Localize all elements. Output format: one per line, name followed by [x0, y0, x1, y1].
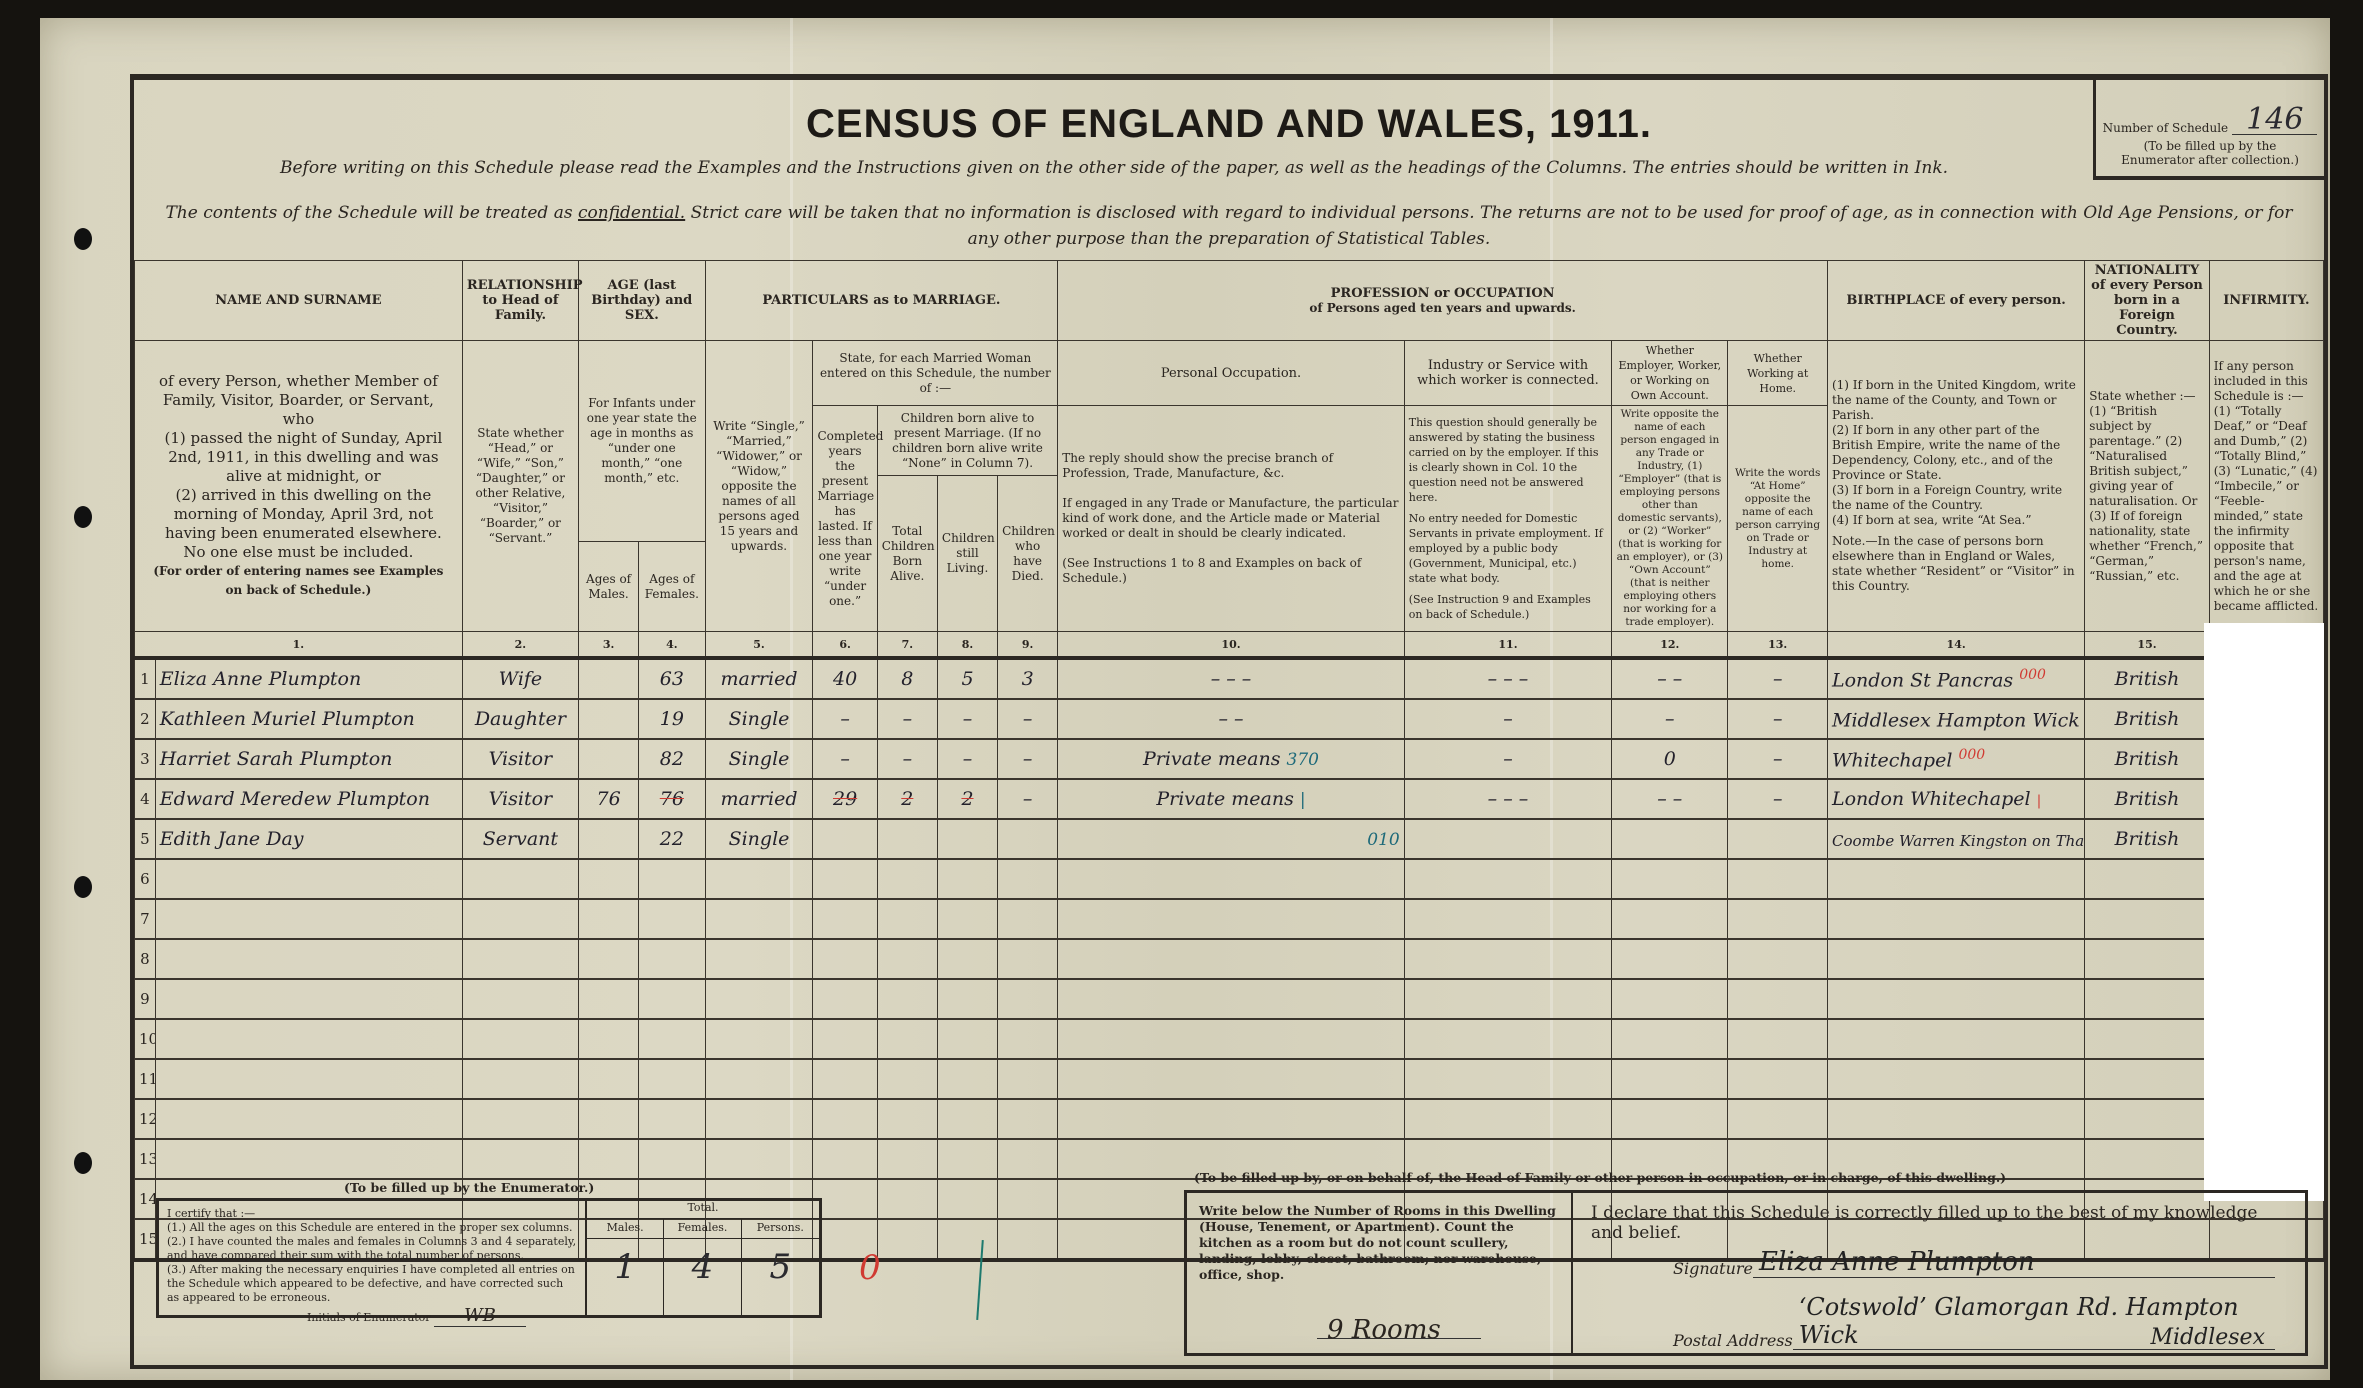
- enumerator-certification: I certify that :— (1.) All the ages on t…: [159, 1201, 585, 1315]
- infirmity-instructions: If any person included in this Schedule …: [2209, 341, 2323, 632]
- punch-hole: [74, 1152, 92, 1174]
- schedule-number-value[interactable]: 146: [2232, 106, 2317, 135]
- initials-label: Initials of Enumerator: [307, 1311, 431, 1324]
- rooms-count[interactable]: 9 Rooms: [1317, 1322, 1481, 1339]
- person-name[interactable]: [155, 1139, 462, 1179]
- years-married-cell[interactable]: –: [813, 699, 877, 739]
- industry-instructions: This question should generally be answer…: [1404, 406, 1611, 632]
- table-row: 9: [135, 979, 2324, 1019]
- employer-cell[interactable]: – –: [1612, 658, 1728, 699]
- total-females[interactable]: 4: [664, 1239, 741, 1315]
- died-cell[interactable]: –: [998, 739, 1058, 779]
- relationship-cell[interactable]: Visitor: [462, 779, 578, 819]
- relationship-cell[interactable]: Wife: [462, 658, 578, 699]
- nationality-cell[interactable]: British: [2085, 819, 2209, 859]
- marital-cell[interactable]: Single: [705, 739, 813, 779]
- living-cell[interactable]: 2: [937, 779, 997, 819]
- household-caption: (To be filled up by, or on behalf of, th…: [1194, 1170, 2006, 1185]
- personal-occupation-instructions: The reply should show the precise branch…: [1058, 406, 1404, 632]
- died-cell[interactable]: –: [998, 699, 1058, 739]
- name-instructions: of every Person, whether Member of Famil…: [135, 341, 463, 632]
- home-cell[interactable]: [1728, 819, 1828, 859]
- industry-cell[interactable]: –: [1404, 699, 1611, 739]
- table-row: 6: [135, 859, 2324, 899]
- header-age: AGE (last Birthday) and SEX.: [579, 261, 706, 341]
- form-subtitle: Before writing on this Schedule please r…: [134, 158, 2094, 178]
- occupation-cell[interactable]: Private means 370: [1058, 739, 1404, 779]
- table-row: 7: [135, 899, 2324, 939]
- home-cell[interactable]: –: [1728, 739, 1828, 779]
- birth-code: 000: [2019, 667, 2046, 683]
- total-born-cell[interactable]: 2: [877, 779, 937, 819]
- rooms-section: Write below the Number of Rooms in this …: [1187, 1193, 1573, 1353]
- enumerator-initials[interactable]: WB: [434, 1305, 526, 1327]
- person-name[interactable]: Edith Jane Day: [155, 819, 462, 859]
- years-married-cell[interactable]: [813, 819, 877, 859]
- ages-females-header: Ages of Females.: [639, 542, 705, 632]
- punch-hole: [74, 506, 92, 528]
- form-title: CENSUS OF ENGLAND AND WALES, 1911.: [134, 102, 2324, 147]
- employer-cell[interactable]: –: [1612, 699, 1728, 739]
- birthplace-cell[interactable]: London Whitechapel |: [1827, 779, 2084, 819]
- occupation-cell[interactable]: 010: [1058, 819, 1404, 859]
- person-name[interactable]: Eliza Anne Plumpton: [155, 658, 462, 699]
- birthplace-cell[interactable]: London St Pancras 000: [1827, 658, 2084, 699]
- nationality-cell[interactable]: British: [2085, 699, 2209, 739]
- person-name[interactable]: [155, 979, 462, 1019]
- employer-cell[interactable]: – –: [1612, 779, 1728, 819]
- marital-cell[interactable]: Single: [705, 699, 813, 739]
- total-born-header: Total Children Born Alive.: [877, 476, 937, 632]
- total-born-cell[interactable]: –: [877, 699, 937, 739]
- signature-label: Signature: [1673, 1259, 1753, 1278]
- total-born-cell[interactable]: [877, 819, 937, 859]
- total-born-cell[interactable]: –: [877, 739, 937, 779]
- years-married-cell[interactable]: 40: [813, 658, 877, 699]
- schedule-number-note: (To be filled up by the Enumerator after…: [2096, 139, 2324, 167]
- age-female-cell[interactable]: 22: [639, 819, 705, 859]
- header-nationality: NATIONALITY of every Person born in a Fo…: [2085, 261, 2209, 341]
- age-female-cell[interactable]: 63: [639, 658, 705, 699]
- age-female-cell[interactable]: 19: [639, 699, 705, 739]
- years-married-cell[interactable]: 29: [813, 779, 877, 819]
- confidentiality-notice: The contents of the Schedule will be tre…: [154, 200, 2304, 252]
- person-name[interactable]: Harriet Sarah Plumpton: [155, 739, 462, 779]
- schedule-number-label: Number of Schedule: [2103, 121, 2229, 135]
- census-schedule-page: CENSUS OF ENGLAND AND WALES, 1911. Befor…: [40, 18, 2330, 1380]
- occupation-cell[interactable]: – –: [1058, 699, 1404, 739]
- table-row: 2 Kathleen Muriel Plumpton Daughter 19 S…: [135, 699, 2324, 739]
- home-header: Whether Working at Home.: [1728, 341, 1828, 406]
- table-row: 1 Eliza Anne Plumpton Wife 63 married 40…: [135, 658, 2324, 699]
- table-row: 10: [135, 1019, 2324, 1059]
- column-number-row: 1. 2. 3. 4. 5. 6. 7. 8. 9. 10. 11. 12. 1…: [135, 632, 2324, 659]
- person-name[interactable]: [155, 859, 462, 899]
- marital-cell[interactable]: married: [705, 658, 813, 699]
- married-woman-instructions: State, for each Married Woman entered on…: [813, 341, 1058, 406]
- person-name[interactable]: [155, 939, 462, 979]
- header-name: NAME AND SURNAME: [135, 261, 463, 341]
- person-name[interactable]: [155, 1099, 462, 1139]
- census-table: NAME AND SURNAME RELATIONSHIP to Head of…: [134, 260, 2324, 1262]
- employer-header: Whether Employer, Worker, or Working on …: [1612, 341, 1728, 406]
- birthplace-cell[interactable]: Whitechapel 000: [1827, 739, 2084, 779]
- birth-code: 000: [1958, 747, 1985, 763]
- relationship-cell[interactable]: Visitor: [462, 739, 578, 779]
- children-born-header: Children born alive to present Marriage.…: [877, 406, 1058, 476]
- living-cell[interactable]: 5: [937, 658, 997, 699]
- occupation-cell[interactable]: Private means |: [1058, 779, 1404, 819]
- age-male-cell[interactable]: [579, 658, 639, 699]
- still-living-header: Children still Living.: [937, 476, 997, 632]
- address-line-2[interactable]: Middlesex: [2150, 1325, 2265, 1350]
- header-relationship: RELATIONSHIP to Head of Family.: [462, 261, 578, 341]
- schedule-frame: CENSUS OF ENGLAND AND WALES, 1911. Befor…: [130, 74, 2328, 1369]
- marital-cell[interactable]: married: [705, 779, 813, 819]
- living-cell[interactable]: [937, 819, 997, 859]
- redaction-block: [2204, 623, 2324, 1201]
- completed-years-header: Completed years the present Marriage has…: [813, 406, 877, 632]
- age-male-cell[interactable]: [579, 819, 639, 859]
- living-cell[interactable]: –: [937, 739, 997, 779]
- nationality-cell[interactable]: British: [2085, 739, 2209, 779]
- relationship-cell[interactable]: Daughter: [462, 699, 578, 739]
- header-birthplace: BIRTHPLACE of every person.: [1827, 261, 2084, 341]
- household-box: Write below the Number of Rooms in this …: [1184, 1190, 2308, 1356]
- punch-hole: [74, 228, 92, 250]
- person-name[interactable]: Kathleen Muriel Plumpton: [155, 699, 462, 739]
- total-males[interactable]: 1: [587, 1239, 664, 1315]
- home-cell[interactable]: –: [1728, 779, 1828, 819]
- died-cell[interactable]: –: [998, 779, 1058, 819]
- declaration-text: I declare that this Schedule is correctl…: [1591, 1203, 2287, 1243]
- employer-cell[interactable]: [1612, 819, 1728, 859]
- employer-instructions: Write opposite the name of each person e…: [1612, 406, 1728, 632]
- signature-field[interactable]: Eliza Anne Plumpton: [1753, 1247, 2275, 1278]
- died-cell[interactable]: 3: [998, 658, 1058, 699]
- person-name[interactable]: [155, 1059, 462, 1099]
- relationship-instructions: State whether “Head,” or “Wife,” “Son,” …: [462, 341, 578, 632]
- age-instructions: For Infants under one year state the age…: [579, 341, 706, 542]
- age-female-cell[interactable]: 76: [639, 779, 705, 819]
- age-female-cell[interactable]: 82: [639, 739, 705, 779]
- red-check-mark: 0: [859, 1248, 881, 1288]
- table-row: 8: [135, 939, 2324, 979]
- home-instructions: Write the words “At Home” opposite the n…: [1728, 406, 1828, 632]
- nationality-instructions: State whether :— (1) “British subject by…: [2085, 341, 2209, 632]
- industry-cell[interactable]: –: [1404, 739, 1611, 779]
- years-married-cell[interactable]: –: [813, 739, 877, 779]
- nationality-cell[interactable]: British: [2085, 779, 2209, 819]
- age-male-cell[interactable]: [579, 699, 639, 739]
- marital-cell[interactable]: Single: [705, 819, 813, 859]
- table-row: 5 Edith Jane Day Servant 22 Single 010 C…: [135, 819, 2324, 859]
- age-male-cell[interactable]: [579, 739, 639, 779]
- enumerator-caption: (To be filled up by the Enumerator.): [344, 1180, 594, 1195]
- birth-code: |: [2037, 793, 2042, 809]
- industry-cell[interactable]: – – –: [1404, 779, 1611, 819]
- total-persons[interactable]: 5: [742, 1239, 819, 1315]
- personal-occupation-header: Personal Occupation.: [1058, 341, 1404, 406]
- table-row: 12: [135, 1099, 2324, 1139]
- person-name[interactable]: [155, 1019, 462, 1059]
- have-died-header: Children who have Died.: [998, 476, 1058, 632]
- declaration-section: I declare that this Schedule is correctl…: [1573, 1193, 2305, 1353]
- industry-header: Industry or Service with which worker is…: [1404, 341, 1611, 406]
- nationality-cell[interactable]: British: [2085, 658, 2209, 699]
- home-cell[interactable]: –: [1728, 658, 1828, 699]
- ages-males-header: Ages of Males.: [579, 542, 639, 632]
- person-name[interactable]: Edward Meredew Plumpton: [155, 779, 462, 819]
- total-born-cell[interactable]: 8: [877, 658, 937, 699]
- birthplace-cell[interactable]: Coombe Warren Kingston on Thames 190: [1827, 819, 2084, 859]
- header-occupation: PROFESSION or OCCUPATIONof Persons aged …: [1058, 261, 1828, 341]
- table-row: 3 Harriet Sarah Plumpton Visitor 82 Sing…: [135, 739, 2324, 779]
- address-label: Postal Address: [1673, 1331, 1793, 1350]
- birthplace-cell[interactable]: Middlesex Hampton Wick: [1827, 699, 2084, 739]
- enumerator-box: I certify that :— (1.) All the ages on t…: [156, 1198, 822, 1318]
- industry-cell[interactable]: – – –: [1404, 658, 1611, 699]
- table-row: 4 Edward Meredew Plumpton Visitor 76 76 …: [135, 779, 2324, 819]
- industry-cell[interactable]: [1404, 819, 1611, 859]
- header-infirmity: INFIRMITY.: [2209, 261, 2323, 341]
- enumerator-totals: Total. Males. Females. Persons. 1 4 5: [585, 1201, 819, 1315]
- employer-cell[interactable]: 0: [1612, 739, 1728, 779]
- birthplace-instructions: (1) If born in the United Kingdom, write…: [1827, 341, 2084, 632]
- relationship-cell[interactable]: Servant: [462, 819, 578, 859]
- header-marriage: PARTICULARS as to MARRIAGE.: [705, 261, 1058, 341]
- person-name[interactable]: [155, 899, 462, 939]
- occupation-cell[interactable]: – – –: [1058, 658, 1404, 699]
- schedule-number-box: Number of Schedule 146 (To be filled up …: [2093, 80, 2324, 180]
- died-cell[interactable]: [998, 819, 1058, 859]
- punch-hole: [74, 876, 92, 898]
- living-cell[interactable]: –: [937, 699, 997, 739]
- home-cell[interactable]: –: [1728, 699, 1828, 739]
- age-male-cell[interactable]: 76: [579, 779, 639, 819]
- marital-instructions: Write “Single,” “Married,” “Widower,” or…: [705, 341, 813, 632]
- table-row: 11: [135, 1059, 2324, 1099]
